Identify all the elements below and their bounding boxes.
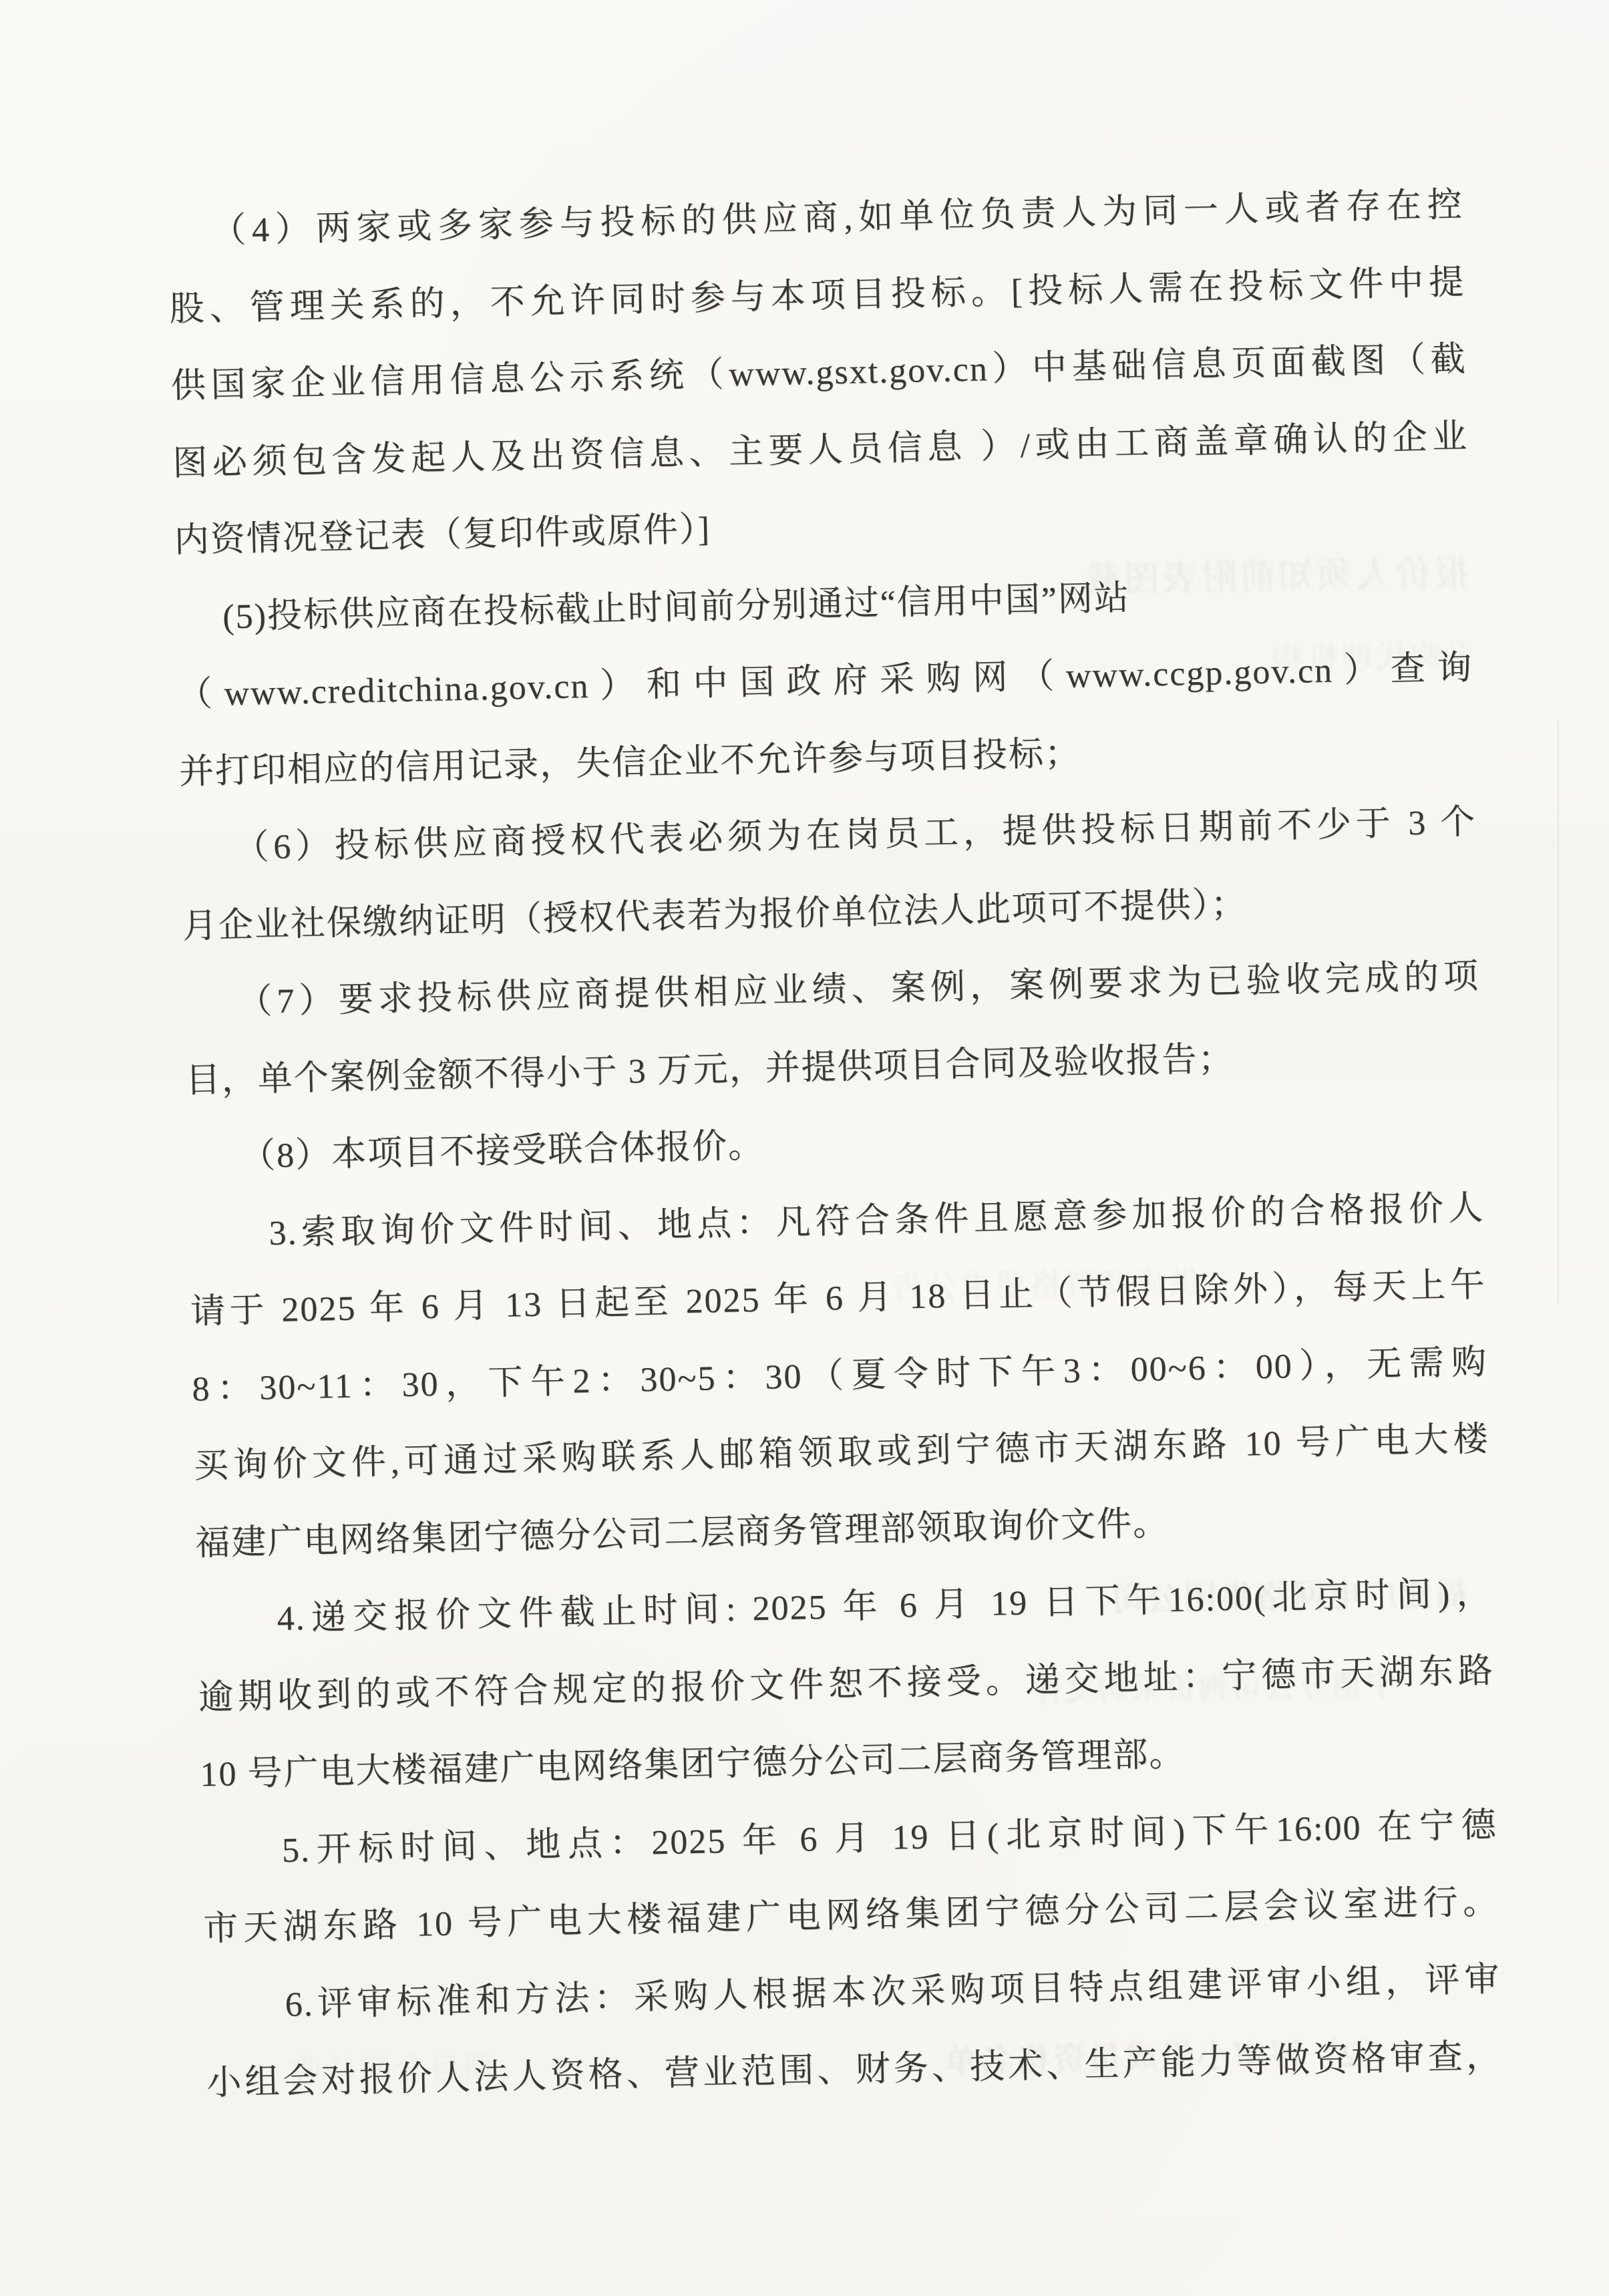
scanned-document-page: 报价人须知前附表图截采购代理机构供应商资格要求公告福建广电网络集团公司宁德分公司…	[0, 0, 1609, 2296]
document-body-text: （4）两家或多家参与投标的供应商,如单位负责人为同一人或者存在控股、管理关系的，…	[167, 166, 1503, 2122]
scanner-artifact-line	[1558, 721, 1559, 1303]
